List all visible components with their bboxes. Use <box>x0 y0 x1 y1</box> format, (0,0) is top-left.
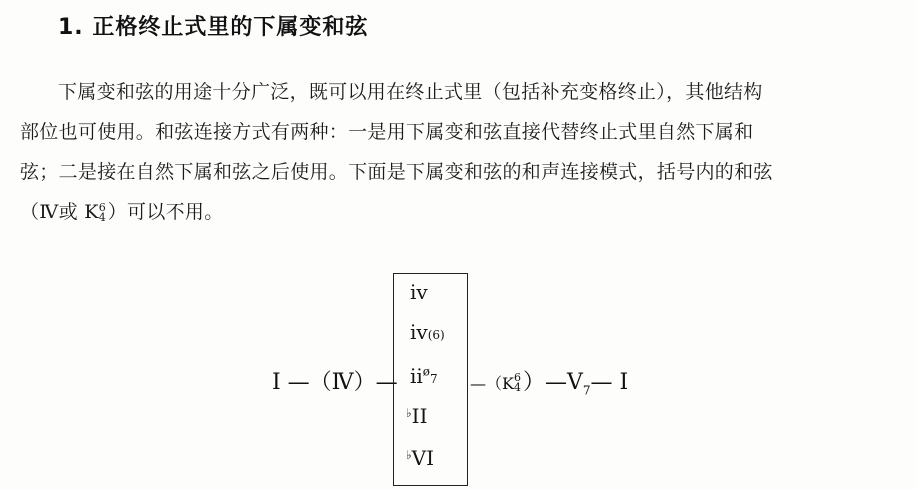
chord-label: iv <box>410 280 428 304</box>
k-sub: 4 <box>514 383 523 393</box>
formula-end: —（K64）—V7— I <box>470 365 628 397</box>
chord-label: ii <box>410 364 423 388</box>
option-iv: iv <box>410 280 428 304</box>
k-figured-bass: 64 <box>514 373 523 393</box>
chord-label: iv <box>410 320 428 344</box>
chord-suffix: 7 <box>430 372 438 386</box>
harmonic-progression-formula: I —（Ⅳ）— iv iv(6) iiø7 ♭II ♭VI —（K64）—V7—… <box>0 0 916 490</box>
v-sub: 7 <box>583 383 591 397</box>
final-tonic: — I <box>591 370 629 395</box>
option-flat-VI: ♭VI <box>406 446 434 470</box>
chord-label: VI <box>412 446 434 470</box>
formula-start: I —（Ⅳ）— <box>272 365 398 396</box>
option-flat-II: ♭II <box>406 404 427 428</box>
k-prefix: —（K <box>470 374 514 393</box>
subdominant-options-box: iv iv(6) iiø7 ♭II ♭VI <box>393 273 468 486</box>
option-iv6: iv(6) <box>410 320 445 344</box>
chord-label: II <box>412 404 428 428</box>
option-ii-half-dim7: iiø7 <box>410 364 438 388</box>
chord-suffix: (6) <box>428 328 445 342</box>
v-label: ）—V <box>523 370 583 395</box>
half-diminished-symbol: ø <box>423 364 430 378</box>
